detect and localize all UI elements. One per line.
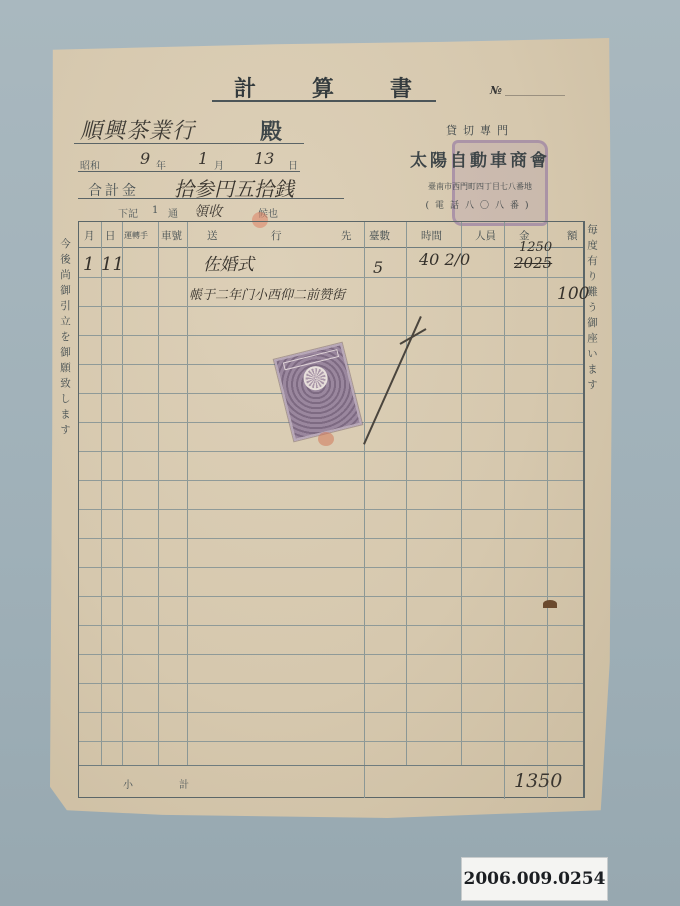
grid-line — [364, 766, 365, 798]
number-label: № — [490, 84, 502, 97]
row2-amount: 100 — [557, 284, 589, 304]
red-seal-mark — [318, 432, 334, 446]
year-value: 9 — [140, 149, 150, 168]
row1-count: 5 — [373, 258, 383, 277]
date-field: 昭和 9 年 1 月 13 日 — [78, 154, 300, 172]
recipient-field: 順興茶業行 殿 — [74, 114, 304, 144]
year-label: 年 — [156, 157, 166, 172]
row1-amount-struck: 2025 — [514, 254, 552, 272]
recipient-name: 順興茶業行 — [80, 114, 195, 145]
subtotal-row: 小 計 1350 — [79, 765, 583, 797]
company-block: 貸切專門 太陽自動車商會 臺南市西門町四丁目七八番地 (電話八〇八番) — [385, 122, 575, 211]
note-prefix: 下記 — [118, 205, 138, 220]
grid-line — [79, 335, 583, 336]
grid-line — [79, 567, 583, 568]
company-address: 臺南市西門町四丁目七八番地 — [385, 181, 575, 192]
header-count: 臺數 — [369, 228, 390, 243]
table-header: 月 日 運轉手 車號 送 行 先 臺數 時間 人員 金 額 — [79, 222, 583, 248]
grid-line — [79, 596, 583, 597]
row1-month: 1 — [83, 254, 94, 275]
total-label: 合計金 — [88, 180, 139, 200]
note-handwritten: 領收 — [194, 201, 222, 221]
grid-line — [79, 683, 583, 684]
grid-line — [79, 451, 583, 452]
grid-line — [79, 654, 583, 655]
side-note-left: 今後尚御引立を御願致します — [58, 238, 73, 440]
header-dest-3: 先 — [341, 228, 352, 243]
note-count: 1 — [152, 205, 158, 216]
header-dest-1: 送 — [207, 228, 218, 243]
total-amount-field: 合計金 拾参円五拾銭 — [78, 175, 344, 199]
subtotal-label-1: 小 — [123, 776, 133, 791]
day-label: 日 — [288, 157, 298, 172]
chrysanthemum-icon — [301, 364, 330, 393]
day-value: 13 — [254, 149, 274, 168]
grid-line — [79, 741, 583, 742]
header-driver: 運轉手 — [124, 230, 148, 241]
subtotal-label-2: 計 — [179, 776, 189, 791]
era-label: 昭和 — [80, 157, 100, 172]
row1-destination: 佐婚式 — [203, 250, 254, 275]
number-field-line — [505, 95, 565, 96]
grid-line — [79, 538, 583, 539]
grid-line — [79, 509, 583, 510]
grid-line — [79, 306, 583, 307]
header-day: 日 — [105, 228, 116, 243]
row2-destination: 帳于二年门小西仰二前赞街 — [189, 284, 345, 303]
grid-line — [79, 480, 583, 481]
grid-line — [79, 625, 583, 626]
ink-blot — [543, 600, 557, 608]
catalog-tag: 2006.009.0254 — [461, 857, 608, 901]
month-value: 1 — [198, 149, 208, 168]
title-char: 計 — [234, 72, 258, 100]
total-handwritten: 拾参円五拾銭 — [174, 173, 294, 202]
company-tagline: 貸切專門 — [385, 122, 575, 138]
row1-amount: 1250 — [519, 240, 552, 255]
header-month: 月 — [84, 228, 95, 243]
row1-day: 11 — [101, 254, 124, 275]
note-suffix: 通 — [168, 205, 178, 220]
document-title: 計 算 書 — [212, 72, 436, 102]
title-char: 書 — [390, 72, 414, 100]
month-label: 月 — [214, 157, 224, 172]
header-dest-2: 行 — [271, 228, 282, 243]
grid-line — [79, 712, 583, 713]
ledger-table: 月 日 運轉手 車號 送 行 先 臺數 時間 人員 金 額 1 11 佐婚式 5… — [78, 221, 585, 798]
subtotal-value: 1350 — [514, 770, 562, 792]
side-note-right: 毎度有り難う御座います — [585, 224, 600, 395]
row1-time: 40 2/0 — [419, 250, 470, 269]
title-char: 算 — [312, 72, 336, 100]
header-time: 時間 — [421, 228, 442, 243]
header-amount-2: 額 — [567, 228, 578, 243]
header-staff: 人員 — [475, 228, 496, 243]
grid-line — [79, 277, 583, 278]
header-car-no: 車號 — [161, 228, 182, 243]
company-phone: (電話八〇八番) — [385, 198, 575, 211]
recipient-honorific: 殿 — [260, 115, 282, 146]
company-name: 太陽自動車商會 — [385, 146, 575, 171]
